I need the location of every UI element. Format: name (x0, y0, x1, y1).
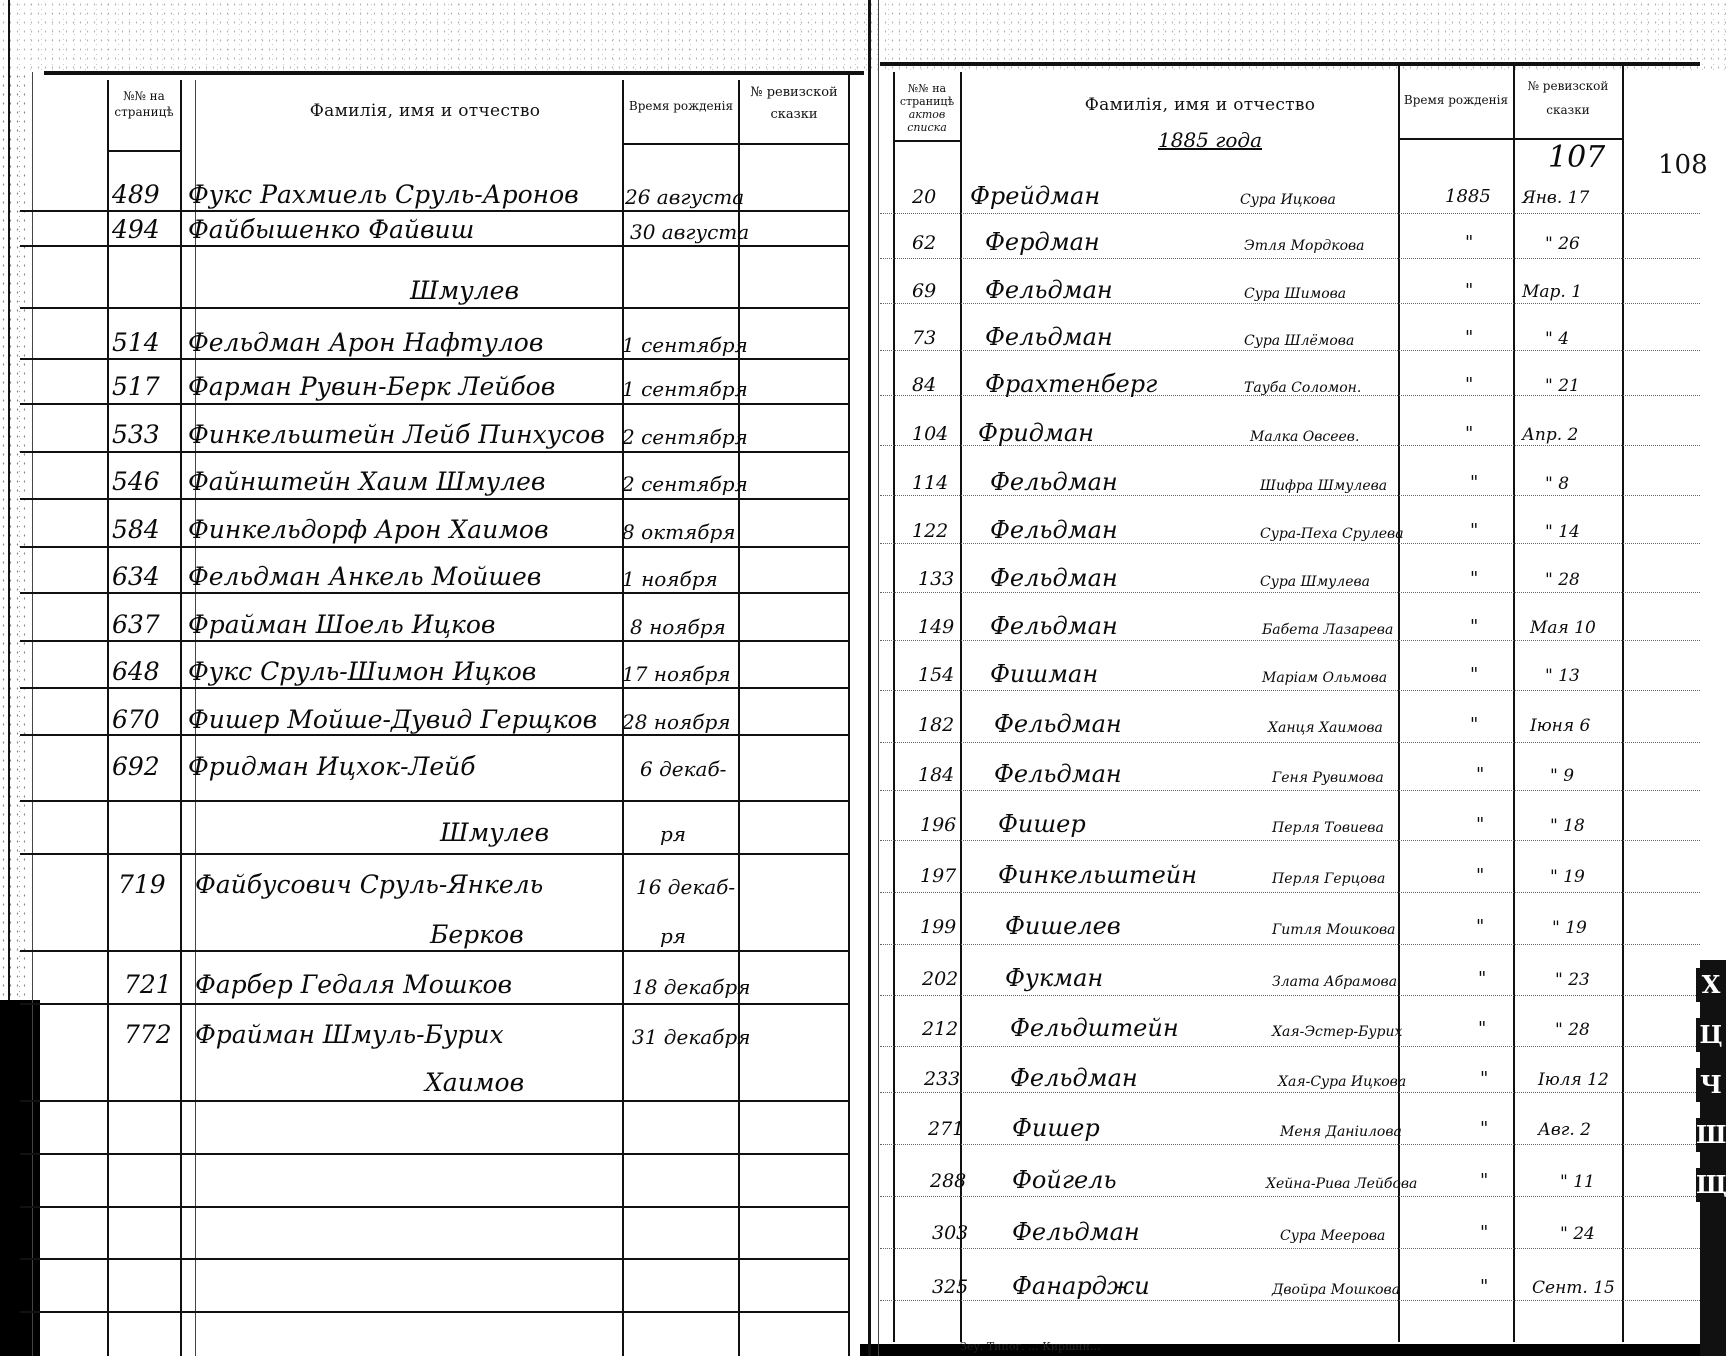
entry-surname: Фишер (1012, 1114, 1100, 1142)
row-rule (20, 307, 848, 309)
entry-surname: Фельдман (1012, 1218, 1140, 1246)
index-tab[interactable]: Ц (1696, 1018, 1726, 1052)
entry-number: 202 (922, 968, 958, 990)
entry-birth-date: " 21 (1545, 376, 1580, 396)
row-rule (20, 853, 848, 855)
entry-birth-year: " (1478, 1018, 1486, 1039)
entry-surname: Фишман (990, 660, 1098, 688)
header-text: № ревизской сказки (1528, 79, 1609, 117)
left-header-col-name: Фамилія, имя и отчество (255, 103, 595, 119)
entry-number: 719 (118, 870, 166, 899)
entry-given-name: Маріам Ольмова (1262, 670, 1387, 686)
entry-birth-year: " (1476, 814, 1484, 835)
entry-name: Файбусович Сруль-Янкель (195, 870, 543, 899)
entry-surname: Финкельштейн (998, 861, 1197, 889)
entry-number: 288 (930, 1170, 966, 1192)
entry-number: 303 (932, 1222, 968, 1244)
entry-number: 233 (924, 1068, 960, 1090)
entry-number: 184 (918, 764, 954, 786)
entry-number: 670 (112, 705, 160, 734)
entry-given-name: Хая-Сура Ицкова (1278, 1074, 1406, 1090)
entry-birth-year: " (1465, 280, 1473, 301)
index-tab[interactable]: Ш (1696, 1118, 1726, 1152)
entry-surname: Фрейдман (970, 182, 1100, 210)
entry-number: 648 (112, 657, 160, 686)
row-rule (20, 640, 848, 642)
entry-surname: Фрахтенберг (985, 370, 1157, 398)
right-header-col-birth: Время рожденія (1400, 92, 1512, 108)
entry-date: 1 сентября (622, 377, 748, 401)
left-page-border (8, 0, 10, 1000)
entry-number: 197 (920, 865, 956, 887)
row-rule (20, 358, 848, 360)
entry-given-name: Гитля Мошкова (1272, 922, 1396, 938)
entry-name: Файнштейн Хаим Шмулев (188, 467, 545, 496)
entry-number: 199 (920, 916, 956, 938)
entry-given-name: Ханця Хаимова (1268, 720, 1383, 736)
entry-birth-date: " 26 (1545, 234, 1580, 254)
entry-surname: Фельдман (994, 760, 1122, 788)
entry-birth-year: " (1476, 916, 1484, 937)
entry-surname: Фельдман (990, 468, 1118, 496)
row-rule (20, 950, 848, 952)
entry-number: 212 (922, 1018, 958, 1040)
entry-given-name: Сура Шлёмова (1244, 333, 1354, 349)
row-rule (20, 800, 848, 802)
entry-surname: Фельдман (990, 612, 1118, 640)
entry-birth-date: " 9 (1550, 766, 1574, 786)
entry-surname: Фойгель (1012, 1166, 1117, 1194)
entry-name-continued: Шмулев (410, 276, 519, 305)
left-col4-left (738, 80, 740, 1356)
row-rule (20, 403, 848, 405)
entry-name: Фарбер Гедаля Мошков (195, 970, 512, 999)
row-guide (880, 1144, 1700, 1145)
entry-given-name: Хая-Эстер-Бурих (1272, 1024, 1402, 1040)
entry-number: 154 (918, 664, 954, 686)
entry-date: 31 декабря (632, 1025, 750, 1049)
row-guide (880, 1046, 1700, 1047)
entry-number: 325 (932, 1276, 968, 1298)
left-col1-left (107, 80, 109, 1356)
right-header-col-revision: № ревизской сказки (1516, 74, 1620, 122)
page-number: 108 (1658, 150, 1708, 180)
right-col1-left (893, 72, 895, 1342)
entry-birth-date: Іюля 12 (1538, 1070, 1609, 1090)
row-rule (20, 245, 848, 247)
header-text: Время рожденія (629, 99, 733, 113)
entry-birth-year: " (1470, 472, 1478, 493)
entry-given-name: Перля Герцова (1272, 871, 1385, 887)
entry-surname: Фукман (1005, 964, 1103, 992)
entry-name: Фукс Рахмиель Сруль-Аронов (188, 180, 579, 209)
entry-name: Фрайман Шоель Ицков (188, 610, 495, 639)
entry-name: Файбышенко Файвиш (188, 215, 474, 244)
row-guide (880, 213, 1700, 214)
entry-date: 26 августа (625, 185, 744, 209)
row-guide (880, 640, 1700, 641)
entry-birth-year: " (1465, 327, 1473, 348)
left-col2-left (180, 80, 182, 1356)
entry-number: 489 (112, 180, 160, 209)
gutter-line-2 (878, 0, 879, 1356)
entry-name: Финкельдорф Арон Хаимов (188, 515, 549, 544)
left-header-bottom-rule (107, 150, 181, 152)
entry-date: 8 октября (622, 520, 736, 544)
right-header-bottom-rule (893, 140, 960, 142)
year-heading: 1885 года (1158, 128, 1262, 152)
entry-birth-date: " 28 (1545, 570, 1580, 590)
entry-number: 196 (920, 814, 956, 836)
entry-surname: Фельдман (985, 276, 1113, 304)
entry-birth-date: " 18 (1550, 816, 1585, 836)
row-rule (20, 498, 848, 500)
header-text: Фамилія, имя и отчество (1085, 95, 1316, 115)
entry-birth-date: Мая 10 (1530, 618, 1596, 638)
row-guide (880, 892, 1700, 893)
entry-birth-year: " (1465, 232, 1473, 253)
entry-number: 514 (112, 328, 160, 357)
entry-name: Фарман Рувин-Берк Лейбов (188, 372, 555, 401)
row-guide (880, 944, 1700, 945)
row-rule (20, 1003, 848, 1005)
row-rule (20, 1100, 848, 1102)
entry-name-continued: Шмулев (440, 818, 549, 847)
entry-date-continued: ря (660, 924, 686, 948)
entry-given-name: Бабета Лазарева (1262, 622, 1393, 638)
header-note: актов списка (907, 108, 947, 134)
entry-given-name: Сура Ицкова (1240, 192, 1336, 208)
row-guide (880, 258, 1700, 259)
row-guide (880, 592, 1700, 593)
entry-given-name: Малка Овсеев. (1250, 429, 1359, 445)
entry-surname: Фердман (985, 228, 1100, 256)
index-tab[interactable]: Х (1696, 968, 1726, 1002)
entry-name: Фельдман Анкель Мойшев (188, 562, 541, 591)
entry-name-continued: Берков (430, 920, 524, 949)
entry-number: 546 (112, 467, 160, 496)
entry-number: 104 (912, 423, 948, 445)
entry-date: 2 сентября (622, 425, 748, 449)
entry-date: 8 ноября (630, 615, 726, 639)
header-text: Время рожденія (1404, 93, 1508, 107)
row-rule (20, 1153, 848, 1155)
row-guide (880, 742, 1700, 743)
entry-given-name: Злата Абрамова (1272, 974, 1397, 990)
entry-date: 28 ноября (622, 710, 731, 734)
entry-birth-year: " (1478, 968, 1486, 989)
entry-birth-year: " (1470, 714, 1478, 735)
entry-given-name: Сура Меерова (1280, 1228, 1385, 1244)
entry-given-name: Сура Шмулева (1260, 574, 1370, 590)
index-tab[interactable]: Щ (1696, 1168, 1726, 1202)
revision-number: 107 (1548, 140, 1605, 175)
entry-birth-date: " 28 (1555, 1020, 1590, 1040)
entry-given-name: Тауба Соломон. (1244, 380, 1361, 396)
entry-surname: Фельдман (990, 564, 1118, 592)
entry-surname: Фишелев (1005, 912, 1121, 940)
entry-number: 721 (124, 970, 172, 999)
entry-given-name: Двойра Мошкова (1272, 1282, 1400, 1298)
row-rule (20, 734, 848, 736)
header-text: Фамилія, имя и отчество (310, 101, 541, 121)
entry-name: Фрайман Шмуль-Бурих (195, 1020, 504, 1049)
row-rule (20, 451, 848, 453)
entry-date: 2 сентября (622, 472, 748, 496)
entry-number: 637 (112, 610, 160, 639)
right-col2-left (960, 72, 962, 1342)
entry-birth-date: Мар. 1 (1522, 282, 1582, 302)
entry-number: 122 (912, 520, 948, 542)
entry-given-name: Этля Мордкова (1244, 238, 1365, 254)
left-header-bottom-rule-2 (622, 143, 848, 145)
entry-surname: Фельдман (1010, 1064, 1138, 1092)
entry-given-name: Меня Даніилова (1280, 1124, 1402, 1140)
left-col4-right (848, 72, 850, 1356)
entry-number: 182 (918, 714, 954, 736)
left-header-col-birth: Время рожденія (624, 98, 738, 114)
entry-given-name: Геня Рувимова (1272, 770, 1384, 786)
left-header-top-rule (44, 71, 864, 75)
entry-given-name: Сура-Пеха Срулева (1260, 526, 1404, 542)
right-header-top-rule (880, 62, 1700, 66)
left-header-col-revision: № ревизской сказки (744, 82, 844, 126)
entry-date: 17 ноября (622, 662, 731, 686)
entry-birth-date: Іюня 6 (1530, 716, 1590, 736)
entry-number: 73 (912, 327, 936, 349)
entry-birth-year: " (1470, 616, 1478, 637)
entry-surname: Фельдштейн (1010, 1014, 1179, 1042)
entry-given-name: Сура Шимова (1244, 286, 1346, 302)
entry-surname: Фельдман (985, 323, 1113, 351)
row-guide (880, 840, 1700, 841)
entry-given-name: Перля Товиева (1272, 820, 1384, 836)
row-guide (880, 1092, 1700, 1093)
index-tab[interactable]: Ч (1696, 1068, 1726, 1102)
entry-number: 533 (112, 420, 160, 449)
entry-birth-date: Апр. 2 (1522, 425, 1578, 445)
entry-birth-date: Янв. 17 (1522, 188, 1589, 208)
header-text: № ревизской сказки (750, 85, 837, 122)
entry-given-name: Шифра Шмулева (1260, 478, 1387, 494)
entry-number: 517 (112, 372, 160, 401)
row-guide (880, 1300, 1700, 1301)
gutter-line (868, 0, 871, 1356)
entry-number: 133 (918, 568, 954, 590)
entry-birth-year: " (1470, 664, 1478, 685)
entry-birth-date: " 19 (1550, 867, 1585, 887)
row-rule (20, 687, 848, 689)
entry-date: 1 ноября (622, 567, 718, 591)
entry-birth-date: " 24 (1560, 1224, 1595, 1244)
entry-birth-date: " 23 (1555, 970, 1590, 990)
entry-number: 494 (112, 215, 160, 244)
entry-birth-year: " (1470, 520, 1478, 541)
entry-number: 692 (112, 752, 160, 781)
entry-birth-date: " 13 (1545, 666, 1580, 686)
entry-name: Фукс Сруль-Шимон Ицков (188, 657, 536, 686)
entry-birth-date: Сент. 15 (1532, 1278, 1615, 1298)
row-rule (20, 546, 848, 548)
entry-name: Фельдман Арон Нафтулов (188, 328, 543, 357)
entry-number: 62 (912, 232, 936, 254)
entry-birth-date: " 8 (1545, 474, 1569, 494)
entry-number: 584 (112, 515, 160, 544)
entry-birth-year: 1885 (1445, 186, 1491, 207)
entry-birth-date: " 14 (1545, 522, 1580, 542)
printer-imprint: Зеу. Типог. ... Киршнн... (960, 1340, 1100, 1353)
entry-surname: Фельдман (994, 710, 1122, 738)
entry-name-continued: Хаимов (425, 1068, 524, 1097)
entry-date: 1 сентября (622, 333, 748, 357)
entry-birth-year: " (1465, 374, 1473, 395)
entry-surname: Фридман (978, 419, 1094, 447)
entry-date: 18 декабря (632, 975, 750, 999)
entry-date-continued: ря (660, 822, 686, 846)
entry-surname: Фишер (998, 810, 1086, 838)
entry-date: 30 августа (630, 220, 749, 244)
entry-number: 69 (912, 280, 936, 302)
left-outer-rule (32, 72, 33, 1356)
entry-surname: Фельдман (990, 516, 1118, 544)
row-rule (20, 1206, 848, 1208)
entry-number: 20 (912, 186, 936, 208)
entry-name: Финкельштейн Лейб Пинхусов (188, 420, 605, 449)
row-guide (880, 690, 1700, 691)
right-header-col-name: Фамилія, имя и отчество (1030, 97, 1370, 113)
entry-date: 6 декаб- (640, 757, 726, 781)
row-rule (20, 210, 848, 212)
entry-birth-year: " (1480, 1276, 1488, 1297)
entry-date: 16 декаб- (636, 875, 735, 899)
entry-number: 114 (912, 472, 948, 494)
entry-birth-date: Авг. 2 (1538, 1120, 1591, 1140)
entry-birth-year: " (1465, 423, 1473, 444)
entry-birth-date: " 11 (1560, 1172, 1595, 1192)
row-rule (20, 1311, 848, 1313)
row-rule (20, 592, 848, 594)
entry-surname: Фанарджи (1012, 1272, 1150, 1300)
header-text: №№ на страницѣ (114, 89, 173, 119)
entry-birth-year: " (1470, 568, 1478, 589)
entry-birth-date: " 4 (1545, 329, 1569, 349)
entry-birth-year: " (1480, 1068, 1488, 1089)
entry-number: 772 (124, 1020, 172, 1049)
entry-birth-date: " 19 (1552, 918, 1587, 938)
row-rule (20, 1258, 848, 1260)
left-binding-shadow (0, 1000, 40, 1356)
row-guide (880, 1248, 1700, 1249)
entry-given-name: Хейна-Рива Лейбова (1266, 1176, 1417, 1192)
entry-name: Фридман Ицхок-Лейб (188, 752, 476, 781)
entry-birth-year: " (1480, 1170, 1488, 1191)
entry-number: 84 (912, 374, 936, 396)
entry-name: Фишер Мойше-Дувид Герщков (188, 705, 597, 734)
left-header-col-page: №№ на страницѣ (110, 88, 178, 120)
header-text: №№ на страницѣ (900, 82, 954, 108)
entry-number: 149 (918, 616, 954, 638)
entry-number: 634 (112, 562, 160, 591)
entry-birth-year: " (1480, 1118, 1488, 1139)
entry-number: 271 (928, 1118, 964, 1140)
row-guide (880, 790, 1700, 791)
entry-birth-year: " (1480, 1222, 1488, 1243)
entry-birth-year: " (1476, 865, 1484, 886)
right-header-col-page: №№ на страницѣ актов списка (895, 82, 959, 134)
row-guide (880, 995, 1700, 996)
row-guide (880, 1196, 1700, 1197)
entry-birth-year: " (1476, 764, 1484, 785)
